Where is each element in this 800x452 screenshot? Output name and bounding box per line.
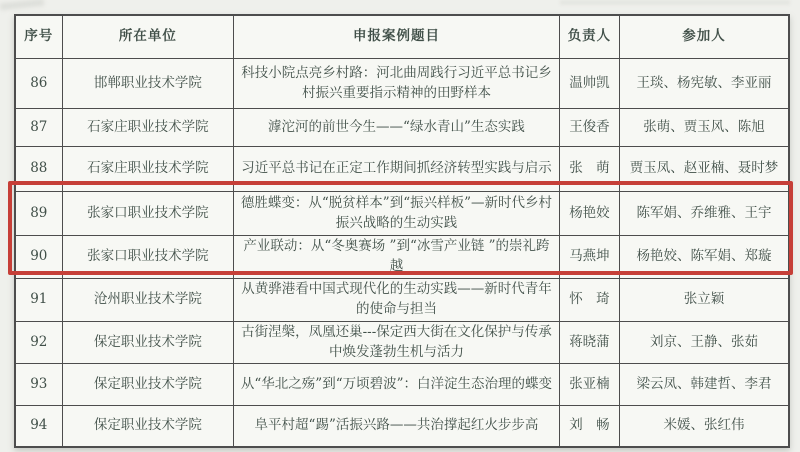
- case-title-cell: 阜平村超“踢”活振兴路——共治撑起红火步步高: [234, 406, 560, 447]
- case-declaration-table: 序号 所在单位 申报案例题目 负责人 参加人 86 邯郸职业技术学院 科技小院点…: [14, 14, 790, 448]
- unit-cell: 石家庄职业技术学院: [62, 147, 233, 192]
- unit-cell: 保定职业技术学院: [62, 364, 233, 406]
- participants-cell: 米媛、张红伟: [620, 406, 789, 447]
- row-number-cell: 91: [15, 279, 62, 322]
- participants-cell: 张立颖: [620, 279, 789, 322]
- unit-cell: 保定职业技术学院: [62, 406, 233, 447]
- column-header-case-title: 申报案例题目: [234, 15, 560, 59]
- participants-cell: 杨艳姣、陈军娟、郑璇: [620, 236, 789, 279]
- case-title-cell: 从“华北之殇”到“万顷碧波”：白洋淀生态治理的蝶变: [234, 364, 560, 406]
- scan-artifact: [0, 0, 44, 10]
- table-row: 92 保定职业技术学院 古街涅槃，凤凰还巢---保定西大街在文化保护与传承中焕发…: [15, 322, 789, 364]
- row-number-cell: 93: [15, 364, 62, 406]
- case-title-cell: 科技小院点亮乡村路：河北曲周践行习近平总书记乡村振兴重要指示精神的田野样本: [234, 59, 560, 109]
- table-row: 93 保定职业技术学院 从“华北之殇”到“万顷碧波”：白洋淀生态治理的蝶变 张亚…: [15, 364, 789, 406]
- unit-cell: 张家口职业技术学院: [62, 236, 233, 279]
- case-title-cell: 从黄骅港看中国式现代化的生动实践——新时代青年的使命与担当: [234, 279, 560, 322]
- unit-cell: 邯郸职业技术学院: [62, 59, 233, 109]
- participants-cell: 陈军娟、乔维雅、王宇: [620, 192, 789, 236]
- leader-cell: 蒋晓蒲: [559, 322, 619, 364]
- column-header-unit: 所在单位: [62, 15, 233, 59]
- case-title-cell: 德胜蝶变：从“脱贫样本”到“振兴样板”—新时代乡村振兴战略的生动实践: [234, 192, 560, 236]
- participants-cell: 王琰、杨宪敏、李亚丽: [620, 59, 789, 109]
- row-number-cell: 89: [15, 192, 62, 236]
- leader-cell: 温帅凯: [559, 59, 619, 109]
- row-number-cell: 87: [15, 109, 62, 147]
- table-row: 88 石家庄职业技术学院 习近平总书记在正定工作期间抓经济转型实践与启示 张 萌…: [15, 147, 789, 192]
- case-title-cell: 习近平总书记在正定工作期间抓经济转型实践与启示: [234, 147, 560, 192]
- table-row: 91 沧州职业技术学院 从黄骅港看中国式现代化的生动实践——新时代青年的使命与担…: [15, 279, 789, 322]
- participants-cell: 张萌、贾玉风、陈旭: [620, 109, 789, 147]
- participants-cell: 贾玉凤、赵亚楠、聂时梦: [620, 147, 789, 192]
- participants-cell: 梁云凤、韩建哲、李君: [620, 364, 789, 406]
- table-row: 90 张家口职业技术学院 产业联动：从“冬奥赛场 ”到“冰雪产业链 ”的崇礼跨越…: [15, 236, 789, 279]
- row-number-cell: 88: [15, 147, 62, 192]
- table-row: 87 石家庄职业技术学院 滹沱河的前世今生——“绿水青山”生态实践 王俊香 张萌…: [15, 109, 789, 147]
- leader-cell: 王俊香: [559, 109, 619, 147]
- participants-cell: 刘京、王静、张茹: [620, 322, 789, 364]
- document-page: 序号 所在单位 申报案例题目 负责人 参加人 86 邯郸职业技术学院 科技小院点…: [0, 0, 800, 452]
- table-row: 86 邯郸职业技术学院 科技小院点亮乡村路：河北曲周践行习近平总书记乡村振兴重要…: [15, 59, 789, 109]
- leader-cell: 张亚楠: [559, 364, 619, 406]
- row-number-cell: 86: [15, 59, 62, 109]
- leader-cell: 杨艳姣: [559, 192, 619, 236]
- column-header-participants: 参加人: [620, 15, 789, 59]
- leader-cell: 刘 畅: [559, 406, 619, 447]
- leader-cell: 张 萌: [559, 147, 619, 192]
- unit-cell: 保定职业技术学院: [62, 322, 233, 364]
- scan-artifact: [560, 0, 790, 5]
- unit-cell: 沧州职业技术学院: [62, 279, 233, 322]
- case-title-cell: 产业联动：从“冬奥赛场 ”到“冰雪产业链 ”的崇礼跨越: [234, 236, 560, 279]
- table-row: 89 张家口职业技术学院 德胜蝶变：从“脱贫样本”到“振兴样板”—新时代乡村振兴…: [15, 192, 789, 236]
- unit-cell: 张家口职业技术学院: [62, 192, 233, 236]
- row-number-cell: 92: [15, 322, 62, 364]
- column-header-number: 序号: [15, 15, 62, 59]
- table-row: 94 保定职业技术学院 阜平村超“踢”活振兴路——共治撑起红火步步高 刘 畅 米…: [15, 406, 789, 447]
- leader-cell: 怀 琦: [559, 279, 619, 322]
- column-header-leader: 负责人: [559, 15, 619, 59]
- table-header-row: 序号 所在单位 申报案例题目 负责人 参加人: [15, 15, 789, 59]
- row-number-cell: 94: [15, 406, 62, 447]
- case-title-cell: 古街涅槃，凤凰还巢---保定西大街在文化保护与传承中焕发蓬勃生机与活力: [234, 322, 560, 364]
- row-number-cell: 90: [15, 236, 62, 279]
- unit-cell: 石家庄职业技术学院: [62, 109, 233, 147]
- leader-cell: 马燕坤: [559, 236, 619, 279]
- case-title-cell: 滹沱河的前世今生——“绿水青山”生态实践: [234, 109, 560, 147]
